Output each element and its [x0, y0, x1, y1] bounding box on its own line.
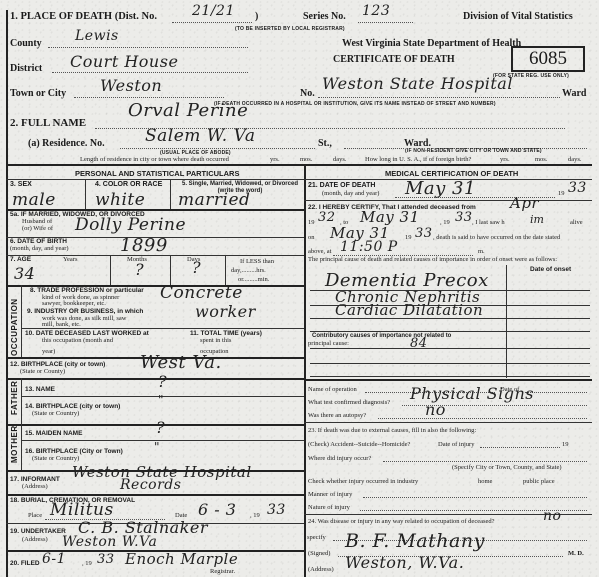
occupation-vertical-label: OCCUPATION	[10, 298, 19, 356]
left-border	[6, 10, 8, 577]
time-of-death: 11:50 P	[340, 239, 398, 255]
date-of-death: May 31	[405, 178, 476, 199]
autopsy-value: no	[425, 400, 446, 419]
town-value: Weston	[100, 76, 162, 95]
burial-place: Militus	[50, 500, 114, 520]
physician-signature: B. F. Mathany	[345, 530, 485, 552]
principal-cause-label: The principal cause of death and related…	[308, 256, 557, 263]
cause-3: Cardiac Dilatation	[335, 301, 483, 319]
filed-year: 33	[97, 552, 115, 567]
how-long-label: How long in U. S. A., if of foreign birt…	[365, 156, 471, 163]
trade-value: Concrete	[160, 283, 243, 303]
father-vertical-label: FATHER	[10, 381, 19, 415]
length-residence-label: Length of residence in city or town wher…	[80, 156, 229, 163]
medical-section-title: MEDICAL CERTIFICATION OF DEATH	[385, 169, 518, 178]
burial-date: 6 - 3	[198, 500, 236, 519]
undertaker-address: Weston W.Va	[62, 534, 157, 550]
certificate-title: CERTIFICATE OF DEATH	[333, 54, 455, 65]
series-label: Series No.	[303, 11, 346, 22]
district-value: Court House	[70, 52, 178, 71]
department-title: West Virginia State Department of Health	[342, 38, 521, 49]
county-value: Lewis	[75, 28, 119, 44]
full-name-value: Orval Perine	[128, 100, 248, 121]
full-name-label: 2. FULL NAME	[10, 117, 86, 129]
town-label: Town or City	[10, 88, 66, 99]
division-title: Division of Vital Statistics	[463, 11, 573, 22]
institution-value: Weston State Hospital	[322, 74, 513, 93]
residence-label: (a) Residence. No.	[28, 138, 105, 149]
mother-name-value: ?	[156, 418, 165, 437]
birthplace-value: West Va.	[140, 352, 222, 373]
father-name-value: ?	[158, 372, 167, 391]
personal-section-title: PERSONAL AND STATISTICAL PARTICULARS	[75, 169, 239, 178]
sex-value: male	[12, 190, 56, 210]
contributory-value: 84	[410, 336, 428, 351]
center-divider	[304, 165, 306, 577]
registrar-signature: Enoch Marple	[125, 550, 238, 568]
age-days: ?	[192, 258, 201, 277]
certificate-number: 6085	[511, 46, 585, 72]
marital-value: married	[178, 190, 250, 210]
district-label: District	[10, 63, 42, 74]
no-label: No.	[300, 88, 315, 99]
mother-birthplace-value: "	[154, 440, 160, 454]
race-value: white	[95, 190, 145, 210]
mother-vertical-label: MOTHER	[10, 425, 19, 463]
residence-value: Salem W. Va	[145, 126, 255, 146]
inserted-note: (TO BE INSERTED BY LOCAL REGISTRAR)	[235, 26, 345, 32]
father-birthplace-value: "	[158, 393, 164, 407]
attended-from: Apr	[510, 194, 539, 212]
informant-address: Records	[120, 477, 181, 493]
county-label: County	[10, 38, 42, 49]
hospital-note: (IF DEATH OCCURRED IN A HOSPITAL OR INST…	[214, 101, 496, 107]
industry-value: worker	[195, 302, 256, 321]
ward-label: Ward	[562, 88, 586, 99]
burial-year: 33	[267, 502, 286, 518]
attended-from-year: 32	[318, 210, 336, 225]
dist-no: 21/21	[192, 3, 235, 19]
death-year: 33	[568, 180, 587, 196]
spouse-value: Dolly Perine	[75, 215, 186, 235]
age-years: 34	[14, 264, 35, 283]
death-certificate: 1. PLACE OF DEATH (Dist. No. 21/21 ) (TO…	[0, 0, 599, 577]
age-months: ?	[135, 260, 144, 279]
dob-value: 1899	[120, 235, 168, 256]
nonresident-note: (IF NON-RESIDENT GIVE CITY OR TOWN AND S…	[405, 148, 542, 154]
occupation-related-value: no	[543, 508, 561, 524]
physician-address: Weston, W.Va.	[345, 553, 464, 572]
place-of-death-label: 1. PLACE OF DEATH (Dist. No.	[10, 11, 157, 22]
series-no: 123	[362, 3, 390, 19]
attended-to-year: 33	[455, 210, 473, 225]
last-seen-year: 33	[415, 226, 433, 241]
filed-date: 6-1	[42, 551, 66, 567]
